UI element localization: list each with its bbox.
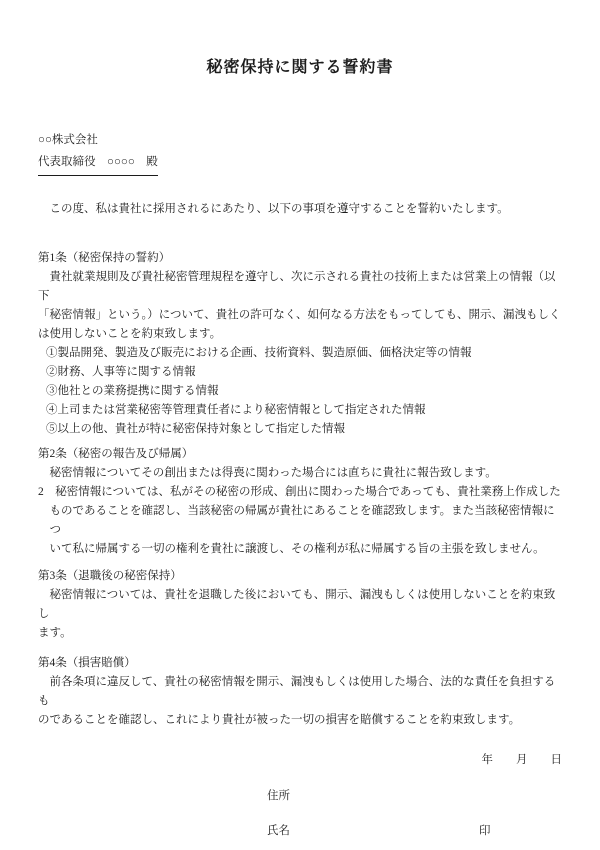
- article-3-heading: 第3条（退職後の秘密保持）: [38, 567, 562, 586]
- signature-name-row: 氏名 印: [267, 822, 562, 841]
- preamble-paragraph: この度、私は貴社に採用されるにあたり、以下の事項を遵守することを誓約いたします。: [38, 200, 562, 219]
- signature-address-row: 住所: [267, 787, 562, 806]
- article-1-body: 貴社就業規則及び貴社秘密管理規程を遵守し、次に示される貴社の技術上または営業上の…: [38, 268, 562, 344]
- article-3-body: 秘密情報については、貴社を退職した後においても、開示、漏洩もしくは使用しないこと…: [38, 586, 562, 643]
- document-title: 秘密保持に関する誓約書: [38, 56, 562, 80]
- list-item: ③他社との業務提携に関する情報: [46, 382, 562, 401]
- address-label: 住所: [267, 790, 290, 802]
- article-1-heading: 第1条（秘密保持の誓約）: [38, 249, 562, 268]
- article-1: 第1条（秘密保持の誓約） 貴社就業規則及び貴社秘密管理規程を遵守し、次に示される…: [38, 249, 562, 439]
- name-label: 氏名: [267, 822, 290, 841]
- addressee-company: ○○株式会社: [38, 129, 562, 151]
- document-page: 秘密保持に関する誓約書 ○○株式会社 代表取締役 ○○○○ 殿 この度、私は貴社…: [0, 0, 600, 850]
- addressee-representative: 代表取締役 ○○○○ 殿: [38, 151, 158, 176]
- article-2: 第2条（秘密の報告及び帰属） 秘密情報についてその創出または得喪に関わった場合に…: [38, 445, 562, 559]
- article-4-body: 前各条項に違反して、貴社の秘密情報を開示、漏洩もしくは使用した場合、法的な責任を…: [38, 673, 562, 730]
- article-2-paragraph-2: 2 秘密情報については、私がその秘密の形成、創出に関わった場合であっても、貴社業…: [38, 483, 562, 559]
- article-1-items: ①製品開発、製造及び販売における企画、技術資料、製造原価、価格決定等の情報 ②財…: [38, 344, 562, 439]
- article-4: 第4条（損害賠償） 前各条項に違反して、貴社の秘密情報を開示、漏洩もしくは使用し…: [38, 654, 562, 730]
- addressee-representative-line: 代表取締役 ○○○○ 殿: [38, 151, 562, 176]
- article-2-paragraph-1: 秘密情報についてその創出または得喪に関わった場合には直ちに貴社に報告致します。: [38, 464, 562, 483]
- article-4-heading: 第4条（損害賠償）: [38, 654, 562, 673]
- article-2-heading: 第2条（秘密の報告及び帰属）: [38, 445, 562, 464]
- date-line: 年 月 日: [38, 751, 562, 770]
- list-item: ①製品開発、製造及び販売における企画、技術資料、製造原価、価格決定等の情報: [46, 344, 562, 363]
- article-3: 第3条（退職後の秘密保持） 秘密情報については、貴社を退職した後においても、開示…: [38, 567, 562, 643]
- list-item: ④上司または営業秘密等管理責任者により秘密情報として指定された情報: [46, 401, 562, 420]
- list-item: ⑤以上の他、貴社が特に秘密保持対象として指定した情報: [46, 420, 562, 439]
- seal-label: 印: [479, 822, 491, 841]
- list-item: ②財務、人事等に関する情報: [46, 363, 562, 382]
- addressee-block: ○○株式会社 代表取締役 ○○○○ 殿: [38, 129, 562, 176]
